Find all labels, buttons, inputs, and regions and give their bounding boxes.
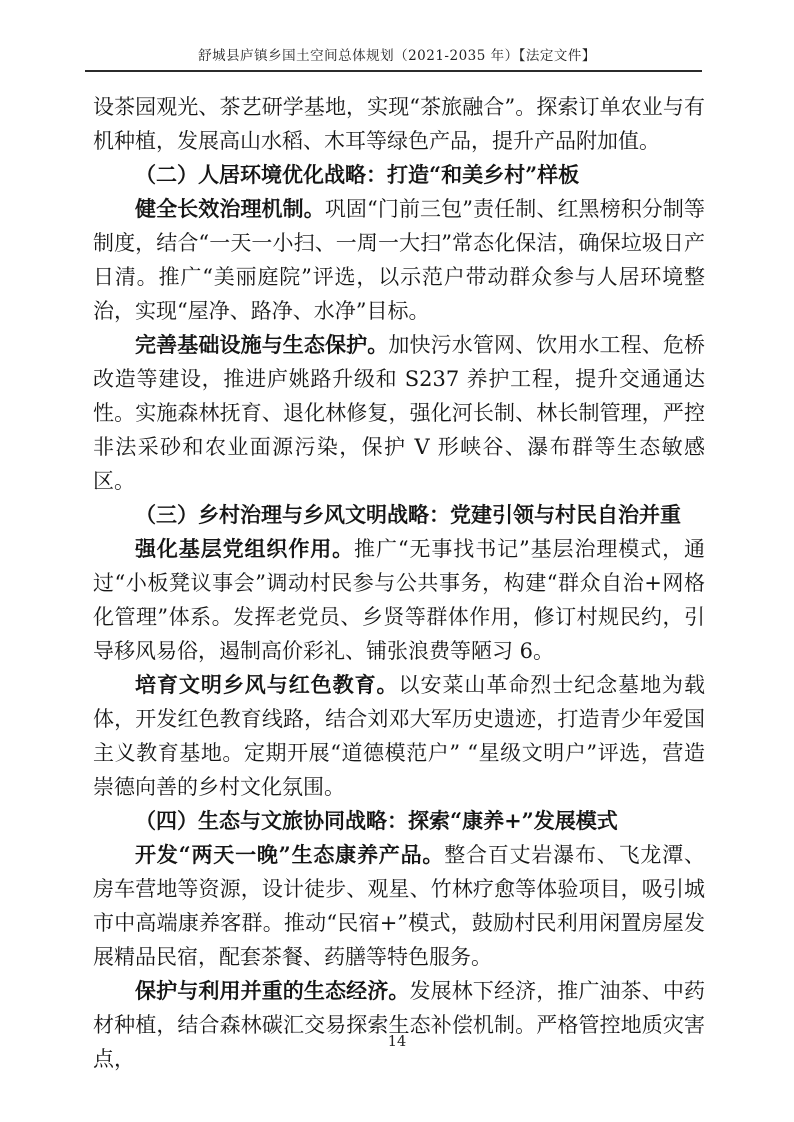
section-heading-2: （二）人居环境优化战略：打造“和美乡村”样板: [93, 158, 705, 192]
document-page: 舒城县庐镇乡国土空间总体规划（2021-2035 年）【法定文件】 设茶园观光、…: [0, 0, 794, 1122]
paragraph-lead: 健全长效治理机制。: [135, 196, 325, 221]
paragraph-lead: 强化基层党组织作用。: [135, 536, 354, 561]
paragraph-lead: 开发“两天一晚”生态康养产品。: [135, 842, 444, 867]
paragraph-lead: 培育文明乡风与红色教育。: [135, 672, 399, 697]
paragraph: 强化基层党组织作用。推广“无事找书记”基层治理模式，通过“小板凳议事会”调动村民…: [93, 532, 705, 668]
paragraph-lead: 完善基础设施与生态保护。: [135, 332, 388, 357]
paragraph: 开发“两天一晚”生态康养产品。整合百丈岩瀑布、飞龙潭、房车营地等资源，设计徒步、…: [93, 838, 705, 974]
page-header-title: 舒城县庐镇乡国土空间总体规划（2021-2035 年）【法定文件】: [0, 44, 794, 64]
section-heading-4: （四）生态与文旅协同战略：探索“康养+”发展模式: [93, 804, 705, 838]
document-body: 设茶园观光、茶艺研学基地，实现“茶旅融合”。探索订单农业与有机种植，发展高山水稻…: [93, 90, 705, 1076]
header-rule-divider: [85, 70, 702, 72]
paragraph: 培育文明乡风与红色教育。以安菜山革命烈士纪念墓地为载体，开发红色教育线路，结合刘…: [93, 668, 705, 804]
page-number: 14: [0, 1034, 794, 1050]
section-heading-3: （三）乡村治理与乡风文明战略：党建引领与村民自治并重: [93, 498, 705, 532]
paragraph: 健全长效治理机制。巩固“门前三包”责任制、红黑榜积分制等制度，结合“一天一小扫、…: [93, 192, 705, 328]
paragraph-text: 加快污水管网、饮用水工程、危桥改造等建设，推进庐姚路升级和 S237 养护工程，…: [93, 333, 705, 493]
paragraph: 完善基础设施与生态保护。加快污水管网、饮用水工程、危桥改造等建设，推进庐姚路升级…: [93, 328, 705, 498]
paragraph-continuation: 设茶园观光、茶艺研学基地，实现“茶旅融合”。探索订单农业与有机种植，发展高山水稻…: [93, 90, 705, 158]
paragraph: 保护与利用并重的生态经济。发展林下经济，推广油茶、中药材种植，结合森林碳汇交易探…: [93, 974, 705, 1076]
paragraph-lead: 保护与利用并重的生态经济。: [135, 978, 410, 1003]
